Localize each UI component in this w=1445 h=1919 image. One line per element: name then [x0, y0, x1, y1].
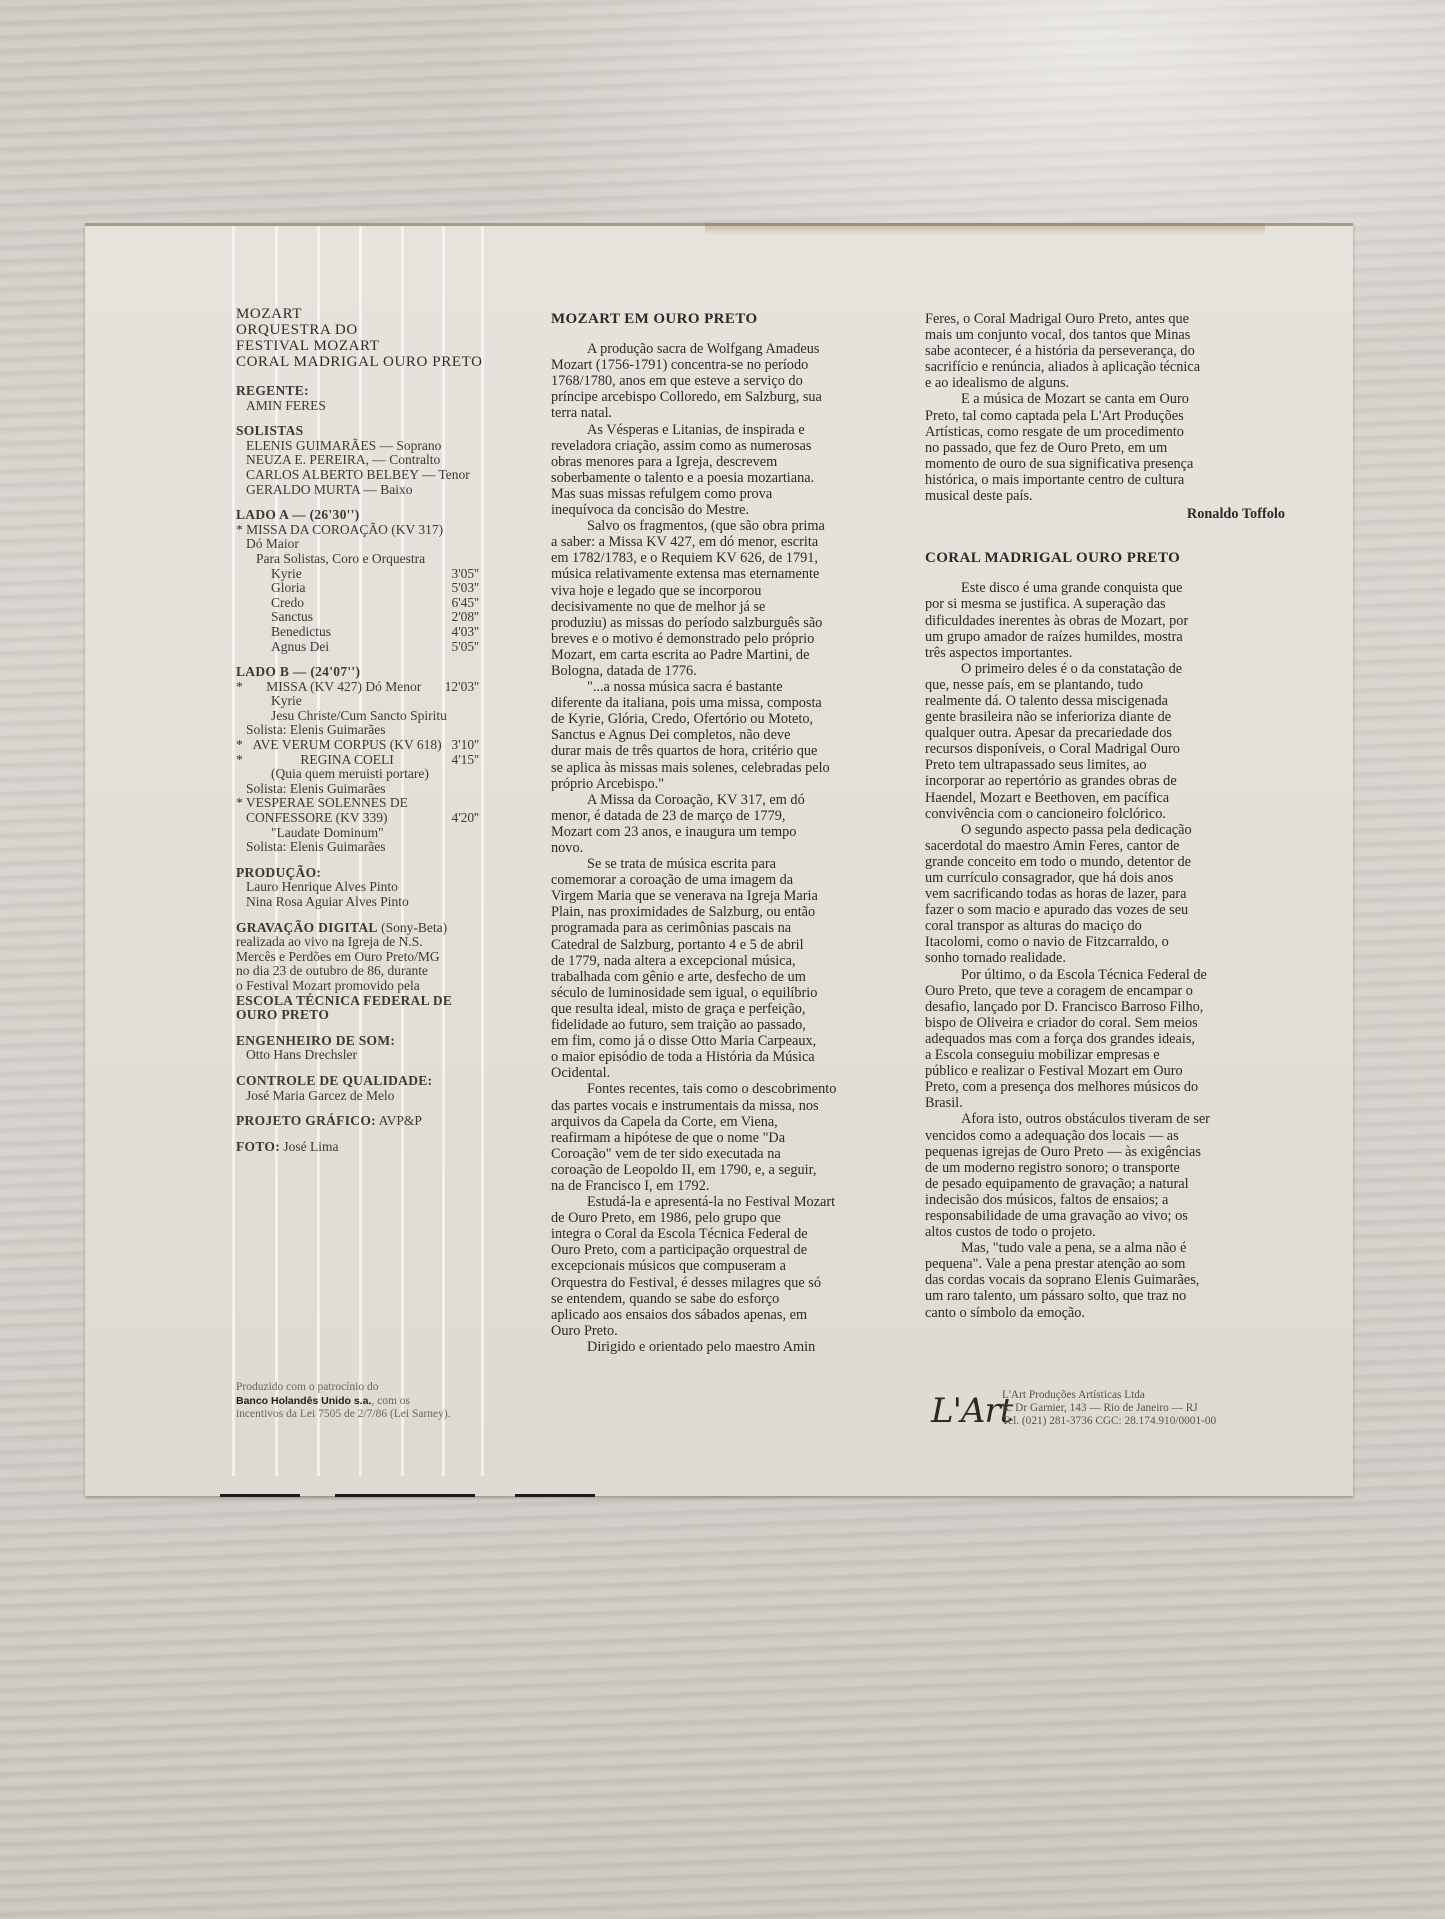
text-line: coral transpor as alturas do maciço do	[925, 918, 1285, 934]
print-mark	[220, 1494, 300, 1497]
text-line: que resulta ideal, misto de graça e perf…	[551, 1001, 911, 1017]
text-line: Se se trata de música escrita para	[551, 856, 911, 872]
text-line: próprio Arcebispo."	[551, 776, 911, 792]
liner-notes-body: Este disco é uma grande conquista quepor…	[925, 580, 1285, 1320]
quality-control-credit: CONTROLE DE QUALIDADE: José Maria Garcez…	[236, 1074, 536, 1103]
paragraph: O primeiro deles é o da constatação dequ…	[925, 661, 1285, 822]
text-line: "...a nossa música sacra é bastante	[551, 679, 911, 695]
text-line: príncipe arcebispo Colloredo, em Salzbur…	[551, 389, 911, 405]
text-line: Preto tem ultrapassado seus limites, ao	[925, 757, 1285, 773]
track-title: VESPERAE SOLENNES DE	[236, 796, 479, 811]
text-line: Feres, o Coral Madrigal Ouro Preto, ante…	[925, 311, 1285, 327]
liner-notes-coral-madrigal: Feres, o Coral Madrigal Ouro Preto, ante…	[925, 311, 1285, 1321]
soloist-row: CARLOS ALBERTO BELBEY — Tenor	[236, 468, 536, 483]
paragraph: O segundo aspecto passa pela dedicaçãosa…	[925, 822, 1285, 967]
label-line: Tel. (021) 281-3736 CGC: 28.174.910/0001…	[1002, 1415, 1216, 1428]
paragraph: A Missa da Coroação, KV 317, em dómenor,…	[551, 792, 911, 856]
title-line: CORAL MADRIGAL OURO PRETO	[236, 354, 536, 370]
text-line: A Missa da Coroação, KV 317, em dó	[551, 792, 911, 808]
paragraph: A produção sacra de Wolfgang AmadeusMoza…	[551, 341, 911, 421]
text-line: Dirigido e orientado pelo maestro Amin	[551, 1339, 911, 1355]
text-line: Artísticas, como resgate de um procedime…	[925, 424, 1285, 440]
text-line: bispo de Oliveira e criador do coral. Se…	[925, 1015, 1285, 1031]
text-line: sonho tornado realidade.	[925, 950, 1285, 966]
recording-format: (Sony-Beta)	[381, 920, 447, 935]
text-line: viva hoje e legado que se incorporou	[551, 583, 911, 599]
institution-name: ESCOLA TÉCNICA FEDERAL DE	[236, 994, 536, 1009]
text-line: sabe acontecer, é a história da persever…	[925, 343, 1285, 359]
text-line: Salvo os fragmentos, (que são obra prima	[551, 518, 911, 534]
album-title: MOZART ORQUESTRA DO FESTIVAL MOZART CORA…	[236, 306, 536, 370]
text-line: trabalhada com gênio e arte, desfecho de…	[551, 969, 911, 985]
credit-name: Lauro Henrique Alves Pinto	[236, 880, 536, 895]
text-line: na de Francisco I, em 1792.	[551, 1178, 911, 1194]
institution-name: OURO PRETO	[236, 1008, 536, 1023]
movement: (Quia quem meruisti portare)	[236, 767, 479, 782]
text-line: sacerdotal do maestro Amin Feres, cantor…	[925, 838, 1285, 854]
soloists-credit: SOLISTAS ELENIS GUIMARÃES — Soprano NEUZ…	[236, 424, 536, 497]
text-line: momento de ouro de sua significativa pre…	[925, 456, 1285, 472]
soloist-row: GERALDO MURTA — Baixo	[236, 483, 536, 498]
sound-engineer-credit: ENGENHEIRO DE SOM: Otto Hans Drechsler	[236, 1034, 536, 1063]
text-line: reveladora criação, assim como as numero…	[551, 438, 911, 454]
text-line: obras menores para a Igreja, descrevem	[551, 454, 911, 470]
text-line: de pesado equipamento de gravação; a nat…	[925, 1176, 1285, 1192]
credit-label: REGENTE:	[236, 384, 536, 399]
text-line: Mozart com 23 anos, e inaugura um tempo	[551, 824, 911, 840]
liner-notes-body: A produção sacra de Wolfgang AmadeusMoza…	[551, 341, 911, 1355]
text-line: Sanctus e Agnus Dei completos, não deve	[551, 727, 911, 743]
track-row: Kyrie3'05''	[236, 567, 479, 582]
track-row: CONFESSORE (KV 339)4'20''	[236, 811, 479, 826]
text-line: um currículo consagrador, que há dois an…	[925, 870, 1285, 886]
text-line: Mozart, em carta escrita ao Padre Martin…	[551, 647, 911, 663]
text-line: vencidos como a adequação dos locais — a…	[925, 1128, 1285, 1144]
text-line: diferente da italiana, pois uma missa, c…	[551, 695, 911, 711]
text-line: Mas, "tudo vale a pena, se a alma não é	[925, 1240, 1285, 1256]
text-line: soberbamente o talento e a poesia mozart…	[551, 470, 911, 486]
side-b-tracklist: LADO B — (24'07'') MISSA (KV 427) Dó Men…	[236, 665, 479, 855]
text-line: novo.	[551, 840, 911, 856]
text-line: por si mesma se justifica. A superação d…	[925, 596, 1285, 612]
section-title: CORAL MADRIGAL OURO PRETO	[925, 550, 1285, 566]
text-line: Ocidental.	[551, 1065, 911, 1081]
paragraph: E a música de Mozart se canta em OuroPre…	[925, 391, 1285, 504]
sponsor-line: Produzido com o patrocínio do	[236, 1381, 536, 1395]
text-line: produziu) as missas do período salzburgu…	[551, 615, 911, 631]
text-line: Estudá-la e apresentá-la no Festival Moz…	[551, 1194, 911, 1210]
text-line: vem sacrificando todas as horas de lazer…	[925, 886, 1285, 902]
text-line: fidelidade ao futuro, sem traição ao pas…	[551, 1017, 911, 1033]
paragraph: Estudá-la e apresentá-la no Festival Moz…	[551, 1194, 911, 1339]
credit-label: PROJETO GRÁFICO:	[236, 1113, 376, 1128]
liner-notes-mozart-em-ouro-preto: MOZART EM OURO PRETO A produção sacra de…	[551, 311, 911, 1355]
title-line: FESTIVAL MOZART	[236, 338, 536, 354]
credit-label: PRODUÇÃO:	[236, 866, 536, 881]
paragraph: "...a nossa música sacra é bastantedifer…	[551, 679, 911, 792]
paragraph: Fontes recentes, tais como o descobrimen…	[551, 1081, 911, 1194]
side-label: LADO A — (26'30'')	[236, 508, 479, 523]
print-mark	[335, 1494, 475, 1497]
side-a-tracklist: LADO A — (26'30'') MISSA DA COROAÇÃO (KV…	[236, 508, 479, 654]
record-sleeve-back-cover: MOZART ORQUESTRA DO FESTIVAL MOZART CORA…	[85, 223, 1353, 1496]
movement: Kyrie	[236, 694, 479, 709]
credit-name: AMIN FERES	[236, 399, 536, 414]
recording-line: no dia 23 de outubro de 86, durante	[236, 964, 536, 979]
text-line: canto o símbolo da emoção.	[925, 1305, 1285, 1321]
sponsor-bank-name: Banco Holandês Unido s.a.	[236, 1395, 371, 1407]
label-line: L'Art Produções Artísticas Ltda	[1002, 1389, 1216, 1402]
water-stain	[705, 223, 1265, 235]
text-line: no passado, que fez de Ouro Preto, em um	[925, 440, 1285, 456]
text-line: sacrifício e renúncia, aliados à aplicaç…	[925, 359, 1285, 375]
recording-line: realizada ao vivo na Igreja de N.S.	[236, 935, 536, 950]
text-line: adequados mas com a força dos grandes id…	[925, 1031, 1285, 1047]
text-line: integra o Coral da Escola Técnica Federa…	[551, 1226, 911, 1242]
text-line: a Escola conseguiu mobilizar empresas e	[925, 1047, 1285, 1063]
work-key: Dó Maior	[236, 537, 479, 552]
movement: Jesu Christe/Cum Sancto Spiritu	[236, 709, 479, 724]
text-line: grande conceito em todo o mundo, detento…	[925, 854, 1285, 870]
text-line: Mozart (1756-1791) concentra-se no perío…	[551, 357, 911, 373]
production-credit: PRODUÇÃO: Lauro Henrique Alves Pinto Nin…	[236, 866, 536, 910]
text-line: fazer o som macio e apurado das vozes de…	[925, 902, 1285, 918]
text-line: um raro talento, um pássaro solto, que t…	[925, 1288, 1285, 1304]
text-line: três aspectos importantes.	[925, 645, 1285, 661]
graphic-design-credit: PROJETO GRÁFICO: AVP&P	[236, 1114, 536, 1129]
track-row: Gloria5'03''	[236, 581, 479, 596]
side-label: LADO B — (24'07'')	[236, 665, 479, 680]
text-line: altos custos de todo o projeto.	[925, 1224, 1285, 1240]
text-line: Orquestra do Festival, é desses milagres…	[551, 1275, 911, 1291]
text-line: a saber: a Missa KV 427, em dó menor, es…	[551, 534, 911, 550]
text-line: pequena". Vale a pena prestar atenção ao…	[925, 1256, 1285, 1272]
text-line: Catedral de Salzburg, portanto 4 e 5 de …	[551, 937, 911, 953]
paragraph: Por último, o da Escola Técnica Federal …	[925, 967, 1285, 1112]
credit-name: José Lima	[283, 1139, 338, 1154]
soloist-row: NEUZA E. PEREIRA, — Contralto	[236, 453, 536, 468]
text-line: incorporar ao repertório as grandes obra…	[925, 773, 1285, 789]
paragraph: Afora isto, outros obstáculos tiveram de…	[925, 1111, 1285, 1240]
label-info: L'Art Produções Artísticas Ltda R. Dr Ga…	[1002, 1389, 1216, 1428]
text-line: Mas suas missas refulgem como prova	[551, 486, 911, 502]
track-row: AVE VERUM CORPUS (KV 618)3'10''	[236, 738, 479, 753]
text-line: desafio, lançado por D. Francisco Barros…	[925, 999, 1285, 1015]
text-line: Por último, o da Escola Técnica Federal …	[925, 967, 1285, 983]
text-line: aplicado aos ensaios dos sábados apenas,…	[551, 1307, 911, 1323]
text-line: Ouro Preto, que teve a coragem de encamp…	[925, 983, 1285, 999]
text-line: e ao idealismo de alguns.	[925, 375, 1285, 391]
sponsor-note: Produzido com o patrocínio do Banco Hola…	[236, 1381, 536, 1422]
text-line: responsabilidade de uma gravação ao vivo…	[925, 1208, 1285, 1224]
paragraph: Feres, o Coral Madrigal Ouro Preto, ante…	[925, 311, 1285, 391]
paragraph: Mas, "tudo vale a pena, se a alma não ép…	[925, 1240, 1285, 1320]
text-line: coroação de Leopoldo II, em 1790, e, a s…	[551, 1162, 911, 1178]
text-line: se entendem, quando se sabe do esforço	[551, 1291, 911, 1307]
text-line: Virgem Maria que se venerava na Igreja M…	[551, 888, 911, 904]
text-line: Ouro Preto.	[551, 1323, 911, 1339]
text-line: qualquer outra. Apesar da precariedade d…	[925, 725, 1285, 741]
text-line: menor, é datada de 23 de março de 1779,	[551, 808, 911, 824]
text-line: decisivamente no que de melhor já se	[551, 599, 911, 615]
text-line: de um moderno registro sonoro; o transpo…	[925, 1160, 1285, 1176]
text-line: Plain, nas proximidades de Salzburg, ou …	[551, 904, 911, 920]
soloist-note: Solista: Elenis Guimarães	[236, 840, 479, 855]
text-line: As Vésperas e Litanias, de inspirada e	[551, 422, 911, 438]
liner-notes-continuation: Feres, o Coral Madrigal Ouro Preto, ante…	[925, 311, 1285, 504]
recording-line: o Festival Mozart promovido pela	[236, 979, 536, 994]
text-line: E a música de Mozart se canta em Ouro	[925, 391, 1285, 407]
soloist-note: Solista: Elenis Guimarães	[236, 723, 479, 738]
text-line: em 1782/1783, e o Requiem KV 626, de 179…	[551, 550, 911, 566]
sponsor-line: Banco Holandês Unido s.a., com os	[236, 1395, 536, 1409]
print-mark	[515, 1494, 595, 1497]
text-line: A produção sacra de Wolfgang Amadeus	[551, 341, 911, 357]
text-line: que, nesse país, em se plantando, tudo	[925, 677, 1285, 693]
sponsor-line: incentivos da Lei 7505 de 2/7/86 (Lei Sa…	[236, 1408, 536, 1422]
soloist-row: ELENIS GUIMARÃES — Soprano	[236, 439, 536, 454]
text-line: música relativamente extensa mas eternam…	[551, 566, 911, 582]
recording-line: Mercês e Perdões em Ouro Preto/MG	[236, 950, 536, 965]
text-line: mais um conjunto vocal, dos tantos que M…	[925, 327, 1285, 343]
title-line: MOZART	[236, 306, 536, 322]
text-line: Itacolomi, como o navio de Fitzcarraldo,…	[925, 934, 1285, 950]
credit-label: FOTO:	[236, 1139, 280, 1154]
decorative-stripe	[232, 226, 235, 1476]
text-line: de 1779, nada altera a excepcional músic…	[551, 953, 911, 969]
author-signature: Ronaldo Toffolo	[925, 506, 1285, 522]
text-line: público e realizar o Festival Mozart em …	[925, 1063, 1285, 1079]
credit-name: Otto Hans Drechsler	[236, 1048, 536, 1063]
text-line: O segundo aspecto passa pela dedicação	[925, 822, 1285, 838]
text-line: durar mais de três quartos de hora, crit…	[551, 743, 911, 759]
text-line: das cordas vocais da soprano Elenis Guim…	[925, 1272, 1285, 1288]
text-line: em fim, como já o disse Otto Maria Carpe…	[551, 1033, 911, 1049]
text-line: gente brasileira não se inferioriza dian…	[925, 709, 1285, 725]
text-line: arquivos da Capela da Corte, em Viena,	[551, 1114, 911, 1130]
credits-column: MOZART ORQUESTRA DO FESTIVAL MOZART CORA…	[236, 306, 536, 1165]
paragraph: Este disco é uma grande conquista quepor…	[925, 580, 1285, 660]
text-line: um grupo amador de raízes humildes, most…	[925, 629, 1285, 645]
track-row: Agnus Dei5'05''	[236, 640, 479, 655]
text-line: de Ouro Preto, em 1986, pelo grupo que	[551, 1210, 911, 1226]
text-line: de Kyrie, Glória, Credo, Ofertório ou Mo…	[551, 711, 911, 727]
credit-label: SOLISTAS	[236, 424, 536, 439]
text-line: se aplica às missas mais solenes, celebr…	[551, 760, 911, 776]
text-line: recursos disponíveis, o Coral Madrigal O…	[925, 741, 1285, 757]
paragraph: Salvo os fragmentos, (que são obra prima…	[551, 518, 911, 679]
paragraph: Dirigido e orientado pelo maestro Amin	[551, 1339, 911, 1355]
credit-name: José Maria Garcez de Melo	[236, 1089, 536, 1104]
text-line: 1768/1780, anos em que esteve a serviço …	[551, 373, 911, 389]
text-line: pequenas igrejas de Ouro Preto — às exig…	[925, 1144, 1285, 1160]
work-forces: Para Solistas, Coro e Orquestra	[236, 552, 479, 567]
text-line: o maior episódio de toda a História da M…	[551, 1049, 911, 1065]
text-line: breves e o motivo é demonstrado pelo pró…	[551, 631, 911, 647]
text-line: Ouro Preto, com a participação orquestra…	[551, 1242, 911, 1258]
text-line: indecisão dos músicos, faltos de ensaios…	[925, 1192, 1285, 1208]
recording-credit: GRAVAÇÃO DIGITAL (Sony-Beta) realizada a…	[236, 921, 536, 1023]
text-line: convivência com o cancioneiro folclórico…	[925, 806, 1285, 822]
credit-label: GRAVAÇÃO DIGITAL	[236, 920, 378, 935]
text-line: Coroação" vem de ter sido executada na	[551, 1146, 911, 1162]
text-line: Preto, com a presença dos melhores músic…	[925, 1079, 1285, 1095]
work-title: MISSA DA COROAÇÃO (KV 317)	[236, 523, 479, 538]
movement: "Laudate Dominum"	[236, 826, 479, 841]
paragraph: Se se trata de música escrita paracomemo…	[551, 856, 911, 1081]
text-line: Preto, tal como captada pela L'Art Produ…	[925, 408, 1285, 424]
text-line: musical deste país.	[925, 488, 1285, 504]
text-line: dificuldades inerentes às obras de Mozar…	[925, 613, 1285, 629]
text-line: programada para as cerimônias pascais na	[551, 920, 911, 936]
credit-label: ENGENHEIRO DE SOM:	[236, 1034, 536, 1049]
text-line: realmente dá. O talento dessa miscigenad…	[925, 693, 1285, 709]
text-line: Bologna, datada de 1776.	[551, 663, 911, 679]
label-line: R. Dr Garnier, 143 — Rio de Janeiro — RJ	[1002, 1402, 1216, 1415]
credit-name: AVP&P	[379, 1113, 422, 1128]
soloist-note: Solista: Elenis Guimarães	[236, 782, 479, 797]
text-line: Brasil.	[925, 1095, 1285, 1111]
text-line: inequívoca da concisão do Mestre.	[551, 502, 911, 518]
text-line: reafirmam a hipótese de que o nome "Da	[551, 1130, 911, 1146]
credit-label: CONTROLE DE QUALIDADE:	[236, 1074, 536, 1089]
track-row: REGINA COELI4'15''	[236, 753, 479, 768]
paragraph: As Vésperas e Litanias, de inspirada ere…	[551, 422, 911, 519]
photo-credit: FOTO: José Lima	[236, 1140, 536, 1155]
conductor-credit: REGENTE: AMIN FERES	[236, 384, 536, 413]
text-line: histórica, o mais importante centro de c…	[925, 472, 1285, 488]
track-row: Credo6'45''	[236, 596, 479, 611]
lart-logo: L'Art	[931, 1391, 1012, 1431]
text-line: Haendel, Mozart e Beethoven, em pacífica	[925, 790, 1285, 806]
section-title: MOZART EM OURO PRETO	[551, 311, 911, 327]
track-row: Sanctus2'08''	[236, 610, 479, 625]
title-line: ORQUESTRA DO	[236, 322, 536, 338]
track-row: Benedictus4'03''	[236, 625, 479, 640]
text-line: comemorar a coroação de uma imagem da	[551, 872, 911, 888]
track-row: MISSA (KV 427) Dó Menor12'03''	[236, 680, 479, 695]
credit-name: Nina Rosa Aguiar Alves Pinto	[236, 895, 536, 910]
text-line: Fontes recentes, tais como o descobrimen…	[551, 1081, 911, 1097]
text-line: Este disco é uma grande conquista que	[925, 580, 1285, 596]
text-line: terra natal.	[551, 405, 911, 421]
text-line: das partes vocais e instrumentais da mis…	[551, 1098, 911, 1114]
text-line: excepcionais músicos que compuseram a	[551, 1258, 911, 1274]
text-line: Afora isto, outros obstáculos tiveram de…	[925, 1111, 1285, 1127]
text-line: O primeiro deles é o da constatação de	[925, 661, 1285, 677]
text-line: século de luminosidade sem igual, o equi…	[551, 985, 911, 1001]
